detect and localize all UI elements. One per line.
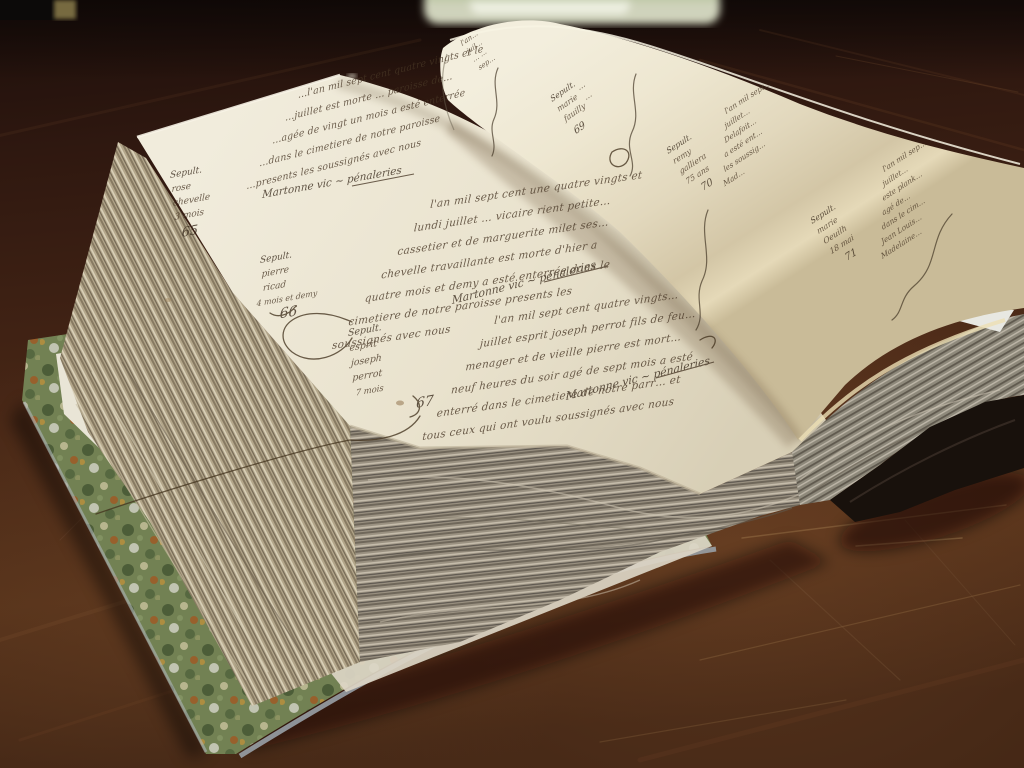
photo-old-manuscript-on-table: …l'an mil sept cent quatre vingts et le …	[0, 0, 1024, 768]
paper-stain	[396, 401, 404, 406]
blurred-green-book	[424, 0, 720, 24]
paper-stain-2	[165, 298, 171, 302]
khaki-strip	[54, 0, 76, 19]
dark-corner-object	[0, 0, 56, 20]
hw-entry-number: 65	[182, 223, 199, 241]
photo-canvas: …l'an mil sept cent quatre vingts et le …	[0, 0, 1024, 768]
